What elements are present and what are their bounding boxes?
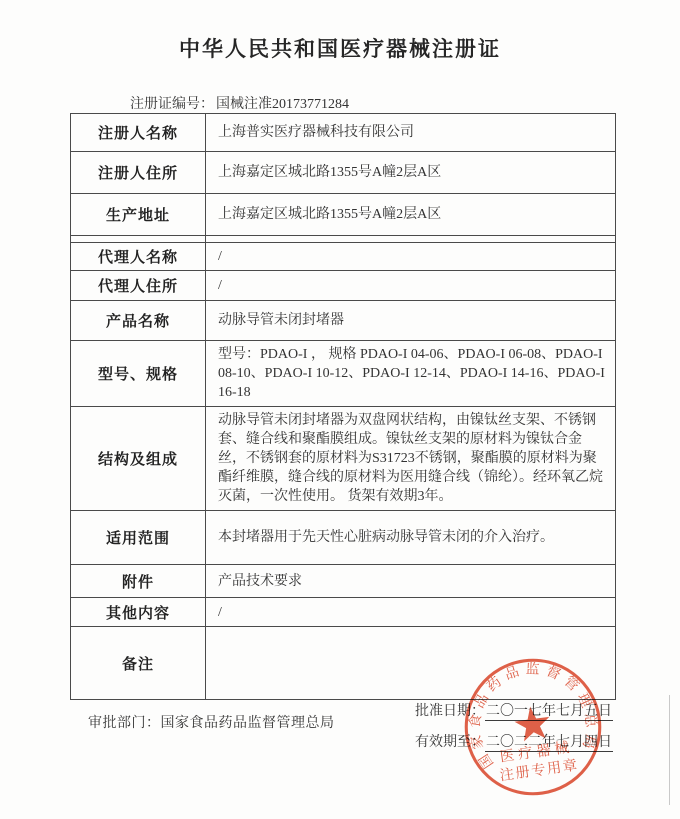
- row-label-cell: 代理人住所: [71, 271, 206, 301]
- row-label-cell: 注册人名称: [71, 114, 206, 152]
- official-seal: 国家食品药品监督管理总局 医疗器械 注册专用章: [456, 650, 610, 804]
- certificate-number-value: 国械注准20173771284: [214, 97, 351, 114]
- row-value-cell: 上海嘉定区城北路1355号A幢2层A区: [206, 194, 616, 236]
- row-label-cell: 适用范围: [71, 511, 206, 565]
- approval-department-label: 审批部门：: [88, 716, 161, 731]
- table-row: 附件 产品技术要求: [71, 565, 616, 598]
- row-value-cell: 上海普实医疗器械科技有限公司: [206, 114, 616, 152]
- row-value-cell: 本封堵器用于先天性心脏病动脉导管未闭的介入治疗。: [206, 511, 616, 565]
- row-value-cell: 上海嘉定区城北路1355号A幢2层A区: [206, 152, 616, 194]
- row-value-cell: 型号：PDAO-I ， 规格 PDAO-I 04-06、PDAO-I 06-08…: [206, 341, 616, 407]
- table-row: 型号、规格 型号：PDAO-I ， 规格 PDAO-I 04-06、PDAO-I…: [71, 341, 616, 407]
- row-label-cell: 型号、规格: [71, 341, 206, 407]
- row-label-cell: 附件: [71, 565, 206, 598]
- row-value-cell: /: [206, 598, 616, 627]
- paper-edge-line: [669, 695, 670, 805]
- certificate-number-label: 注册证编号：: [130, 97, 214, 112]
- row-label-cell: 注册人住所: [71, 152, 206, 194]
- table-row: 注册人名称 上海普实医疗器械科技有限公司: [71, 114, 616, 152]
- table-row: 其他内容 /: [71, 598, 616, 627]
- table-row: 适用范围 本封堵器用于先天性心脏病动脉导管未闭的介入治疗。: [71, 511, 616, 565]
- certificate-number: 注册证编号：国械注准20173771284: [130, 93, 351, 113]
- certificate-table: 注册人名称 上海普实医疗器械科技有限公司 注册人住所 上海嘉定区城北路1355号…: [70, 113, 616, 700]
- spacer-cell: [71, 236, 206, 243]
- row-value-cell: 动脉导管未闭封堵器: [206, 301, 616, 341]
- table-row: 代理人名称 /: [71, 243, 616, 271]
- table-row: 结构及组成 动脉导管未闭封堵器为双盘网状结构，由镍钛丝支架、不锈钢套、缝合线和聚…: [71, 407, 616, 511]
- certificate-page: 中华人民共和国医疗器械注册证 注册证编号：国械注准20173771284 注册人…: [0, 0, 680, 819]
- table-row: 注册人住所 上海嘉定区城北路1355号A幢2层A区: [71, 152, 616, 194]
- row-label-cell: 生产地址: [71, 194, 206, 236]
- seal-star-icon: [513, 704, 552, 742]
- table-row: 生产地址 上海嘉定区城北路1355号A幢2层A区: [71, 194, 616, 236]
- row-label-cell: 备注: [71, 627, 206, 700]
- row-label-cell: 其他内容: [71, 598, 206, 627]
- row-label-cell: 代理人名称: [71, 243, 206, 271]
- approval-department: 审批部门：国家食品药品监督管理总局: [88, 712, 335, 732]
- spacer-cell: [206, 236, 616, 243]
- table-row: 产品名称 动脉导管未闭封堵器: [71, 301, 616, 341]
- table-spacer-row: [71, 236, 616, 243]
- page-title: 中华人民共和国医疗器械注册证: [0, 33, 680, 63]
- row-value-cell: /: [206, 271, 616, 301]
- row-value-cell: 产品技术要求: [206, 565, 616, 598]
- row-value-cell: /: [206, 243, 616, 271]
- approval-department-value: 国家食品药品监督管理总局: [161, 716, 335, 731]
- row-label-cell: 结构及组成: [71, 407, 206, 511]
- row-label-cell: 产品名称: [71, 301, 206, 341]
- table-row: 代理人住所 /: [71, 271, 616, 301]
- row-value-cell: 动脉导管未闭封堵器为双盘网状结构，由镍钛丝支架、不锈钢套、缝合线和聚酯膜组成。镍…: [206, 407, 616, 511]
